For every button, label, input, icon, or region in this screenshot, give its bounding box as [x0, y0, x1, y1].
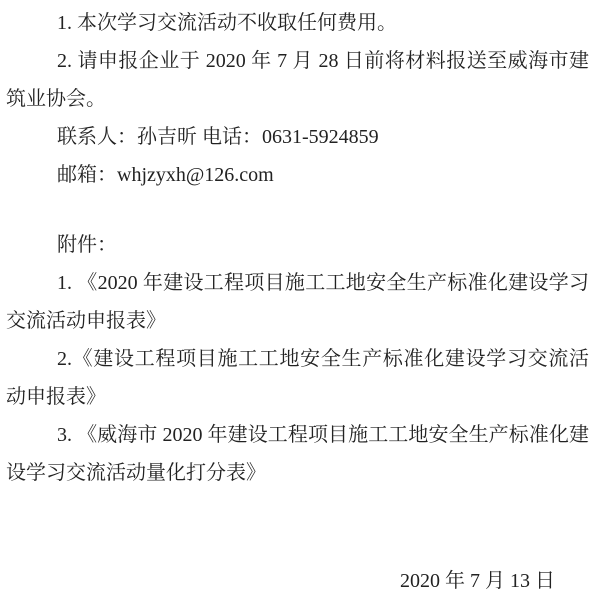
attachments-heading: 附件：: [6, 226, 589, 264]
paragraph-submission-deadline: 2. 请申报企业于 2020 年 7 月 28 日前将材料报送至威海市建筑业协会…: [6, 42, 589, 118]
section-gap: [6, 194, 589, 226]
paragraph-fee-notice: 1. 本次学习交流活动不收取任何费用。: [6, 4, 589, 42]
document-page: 1. 本次学习交流活动不收取任何费用。 2. 请申报企业于 2020 年 7 月…: [0, 0, 603, 600]
attachment-item-2: 2.《建设工程项目施工工地安全生产标准化建设学习交流活动申报表》: [6, 340, 589, 416]
contact-line: 联系人：孙吉昕 电话：0631-5924859: [6, 118, 589, 156]
document-date: 2020 年 7 月 13 日: [6, 562, 589, 600]
signature-gap: [6, 492, 589, 562]
attachment-item-3: 3. 《威海市 2020 年建设工程项目施工工地安全生产标准化建设学习交流活动量…: [6, 416, 589, 492]
attachment-item-1: 1. 《2020 年建设工程项目施工工地安全生产标准化建设学习交流活动申报表》: [6, 264, 589, 340]
email-line: 邮箱：whjzyxh@126.com: [6, 156, 589, 194]
